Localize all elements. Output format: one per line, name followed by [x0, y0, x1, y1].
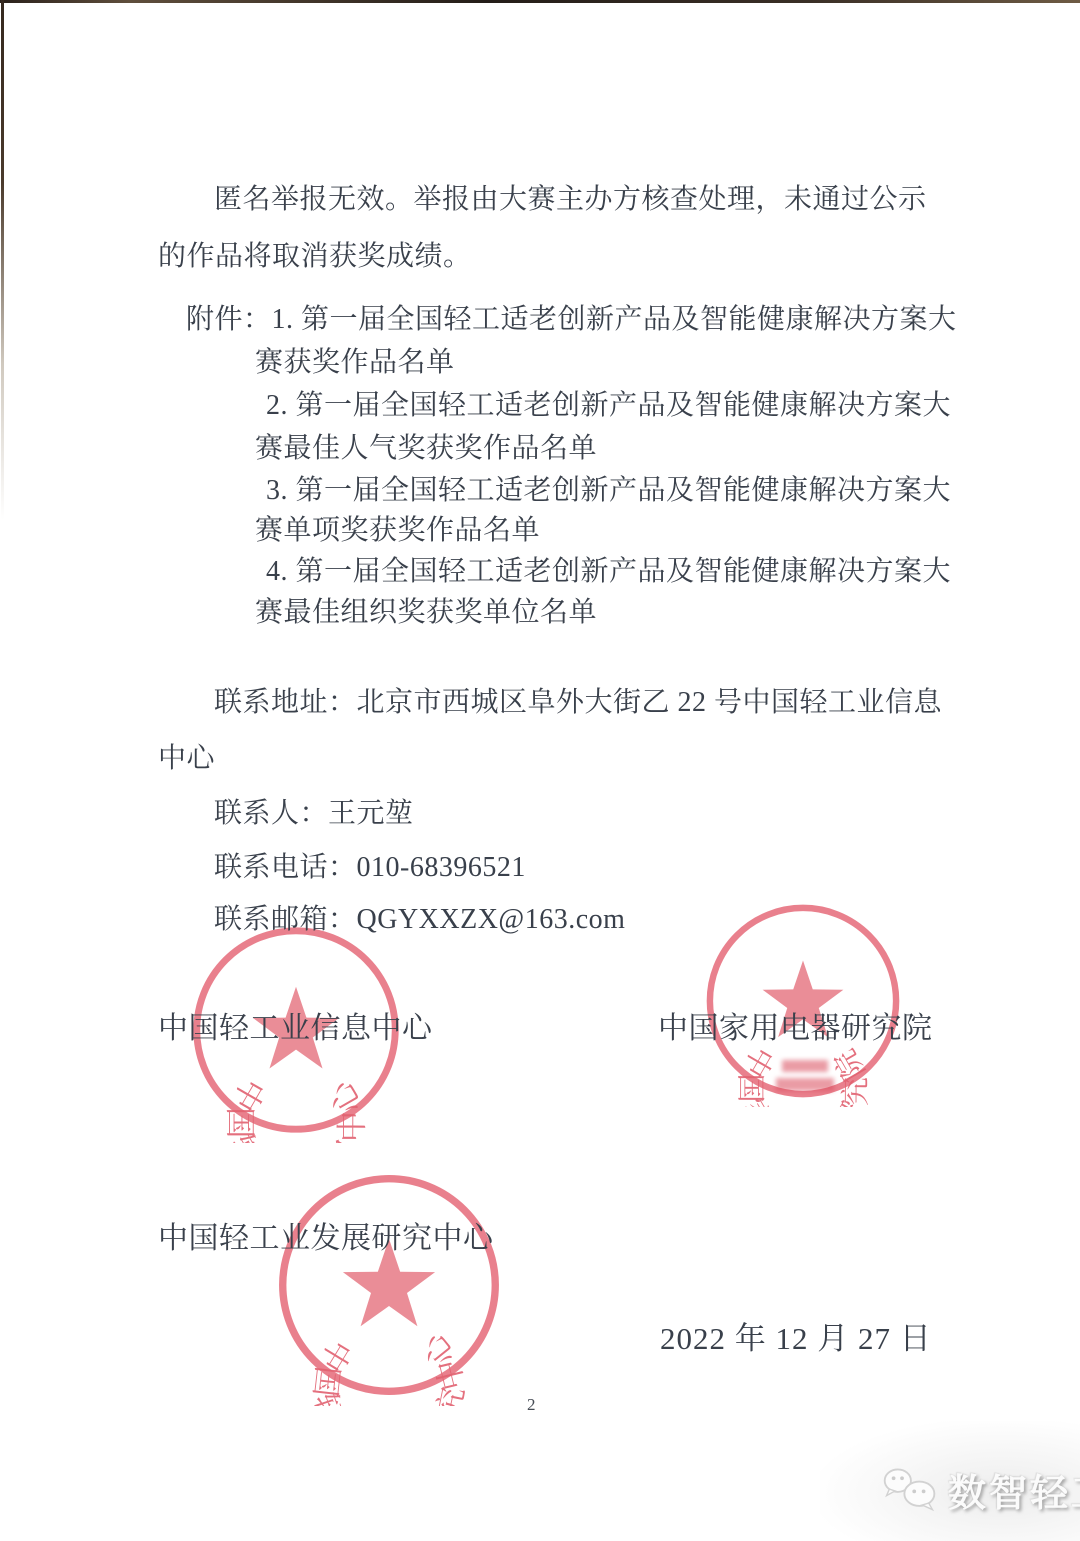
- body-paragraph-line-2: 的作品将取消获奖成绩。: [158, 240, 472, 274]
- scan-left-edge: [1, 0, 4, 520]
- official-seal-development-center: 中国轻工业发展研究中心: [268, 1164, 510, 1406]
- contact-email: 联系邮箱：QGYXXZX@163.com: [214, 903, 625, 937]
- body-paragraph-line-1: 匿名举报无效。举报由大赛主办方核查处理，未通过公示: [214, 183, 927, 217]
- attachment-list-line: 赛单项奖获奖作品名单: [255, 514, 540, 548]
- attachment-list-line: 赛最佳组织奖获奖单位名单: [255, 596, 597, 630]
- contact-address-line-1: 联系地址：北京市西城区阜外大街乙 22 号中国轻工业信息: [214, 686, 942, 720]
- page-number: 2: [527, 1395, 536, 1415]
- attachment-list-line: 赛最佳人气奖获奖作品名单: [255, 432, 597, 466]
- watermark-label: 数智轻工: [948, 1462, 1080, 1517]
- issue-date: 2022 年 12 月 27 日: [660, 1322, 932, 1356]
- contact-address-line-2: 中心: [158, 742, 215, 776]
- scanned-document-page: { "page": { "number": "2" }, "paragraph"…: [0, 0, 1080, 1541]
- attachment-list-line: 赛获奖作品名单: [255, 346, 455, 380]
- signature-org-1: 中国轻工业信息中心: [158, 1012, 433, 1046]
- scan-top-edge: [0, 0, 1080, 3]
- signature-org-3: 中国轻工业发展研究中心: [158, 1222, 494, 1256]
- contact-person: 联系人：王元堃: [214, 797, 414, 831]
- brand-watermark: 数智轻工: [880, 1462, 1080, 1517]
- wechat-icon: [880, 1466, 940, 1514]
- attachment-list-line: 2. 第一届全国轻工适老创新产品及智能健康解决方案大: [266, 389, 951, 423]
- contact-phone: 联系电话：010-68396521: [214, 851, 526, 885]
- signature-org-2: 中国家用电器研究院: [658, 1012, 933, 1046]
- seal-small-text-smudge: [776, 1056, 846, 1108]
- attachment-list-line: 4. 第一届全国轻工适老创新产品及智能健康解决方案大: [266, 555, 951, 589]
- attachment-list-line: 3. 第一届全国轻工适老创新产品及智能健康解决方案大: [266, 474, 951, 508]
- attachment-list-line: 附件：1. 第一届全国轻工适老创新产品及智能健康解决方案大: [186, 303, 957, 337]
